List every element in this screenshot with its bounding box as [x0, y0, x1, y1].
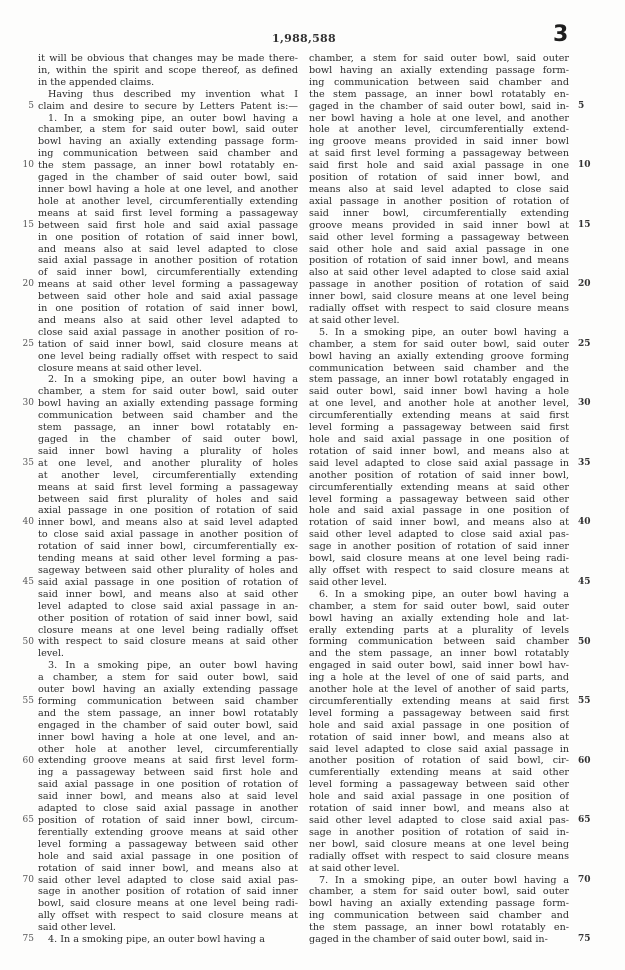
text-line: at one level, and another plurality of h… [38, 458, 298, 470]
text-line: bowl having an axially extending groove … [309, 351, 569, 363]
text-line: rotation of said inner bowl, and means a… [309, 517, 569, 529]
text-line: ing communication between said chamber a… [309, 910, 569, 922]
text-line: sage in another position of rotation of … [309, 541, 569, 553]
text-line: hole at another level, circumferentially… [309, 124, 569, 136]
line-number-marker: 5 [578, 101, 594, 113]
text-line: said level adapted to close said axial p… [309, 744, 569, 756]
line-number-marker: 35 [578, 458, 594, 470]
text-line: in, within the spirit and scope thereof,… [38, 65, 298, 77]
text-line: ner bowl having a hole at one level, and… [309, 113, 569, 125]
text-line: at another level, circumferentially exte… [38, 470, 298, 482]
text-line: at said other level. [309, 863, 569, 875]
text-line: to close said axial passage in another p… [38, 529, 298, 541]
text-line: at said other level. [309, 315, 569, 327]
text-line: said level adapted to close said axial p… [309, 458, 569, 470]
text-line: said other level forming a passageway be… [309, 232, 569, 244]
line-number-marker: 50 [20, 637, 34, 649]
line-number-marker: 40 [578, 517, 594, 529]
text-line: ally offset with respect to said closure… [309, 565, 569, 577]
text-line: said outer bowl, said inner bowl having … [309, 386, 569, 398]
line-number-marker: 75 [578, 934, 594, 946]
right-text-column: chamber, a stem for said outer bowl, sai… [309, 53, 569, 946]
text-line: bowl having an axially extending passage… [38, 398, 298, 410]
line-number-marker: 50 [578, 637, 594, 649]
text-line: inner bowl, said closure means at one le… [309, 291, 569, 303]
text-line: circumferentially extending means at sai… [309, 482, 569, 494]
text-line: ner bowl, said closure means at one leve… [309, 839, 569, 851]
text-line: inner bowl having a hole at one level, a… [38, 184, 298, 196]
text-line: hole and said axial passage in one posit… [38, 851, 298, 863]
text-line: the stem passage, an inner bowl rotatabl… [38, 160, 298, 172]
text-line: between said other hole and said axial p… [38, 291, 298, 303]
text-line: and means also at said level adapted to … [38, 244, 298, 256]
text-line: forming communication between said chamb… [38, 696, 298, 708]
text-line: level forming a passageway between said … [38, 839, 298, 851]
text-line: sage in another position of rotation of … [309, 827, 569, 839]
text-line: said other level adapted to close said a… [309, 815, 569, 827]
text-line: the stem passage, an inner bowl rotatabl… [309, 922, 569, 934]
text-line: position of rotation of said inner bowl,… [309, 172, 569, 184]
text-line: bowl, said closure means at one level be… [38, 898, 298, 910]
text-line: ing groove means provided in said inner … [309, 136, 569, 148]
text-line: said axial passage in one position of ro… [38, 779, 298, 791]
text-line: other position of rotation of said inner… [38, 613, 298, 625]
text-line: also at said other level adapted to clos… [309, 267, 569, 279]
text-line: 4. In a smoking pipe, an outer bowl havi… [38, 934, 298, 946]
text-line: rotation of said inner bowl, and means a… [309, 732, 569, 744]
line-number-marker: 75 [20, 934, 34, 946]
text-line: of said inner bowl, circumferentially ex… [38, 267, 298, 279]
text-line: another hole at the level of another of … [309, 684, 569, 696]
text-line: chamber, a stem for said outer bowl, sai… [309, 53, 569, 65]
line-number-marker: 30 [20, 398, 34, 410]
text-line: radially offset with respect to said clo… [309, 303, 569, 315]
text-line: position of rotation of said inner bowl,… [38, 815, 298, 827]
text-line: bowl having an axially extending passage… [309, 65, 569, 77]
text-line: said axial passage in another position o… [38, 255, 298, 267]
text-line: rotation of said inner bowl, and means a… [38, 863, 298, 875]
text-line: level forming a passageway between said … [309, 779, 569, 791]
text-line: said other level. [309, 577, 569, 589]
text-line: in one position of rotation of said inne… [38, 232, 298, 244]
text-line: claim and desire to secure by Letters Pa… [38, 101, 298, 113]
text-line: adapted to close said axial passage in a… [38, 803, 298, 815]
line-number-marker: 70 [578, 875, 594, 887]
text-line: radially offset with respect to said clo… [309, 851, 569, 863]
text-line: ing communication between said chamber a… [38, 148, 298, 160]
text-line: communication between said chamber and t… [38, 410, 298, 422]
text-line: ing communication between said chamber a… [309, 77, 569, 89]
text-line: Having thus described my invention what … [38, 89, 298, 101]
line-number-marker: 35 [20, 458, 34, 470]
text-line: between said first hole and said axial p… [38, 220, 298, 232]
text-line: and the stem passage, an inner bowl rota… [309, 648, 569, 660]
text-line: bowl having an axially extending passage… [309, 898, 569, 910]
text-line: gaged in the chamber of said outer bowl,… [309, 101, 569, 113]
text-line: chamber, a stem for said outer bowl, sai… [38, 386, 298, 398]
line-number-marker: 25 [20, 339, 34, 351]
text-line: closure means at said other level. [38, 363, 298, 375]
text-line: 1. In a smoking pipe, an outer bowl havi… [38, 113, 298, 125]
text-line: bowl having an axially extending hole an… [309, 613, 569, 625]
line-number-marker: 25 [578, 339, 594, 351]
text-line: hole and said axial passage in one posit… [309, 434, 569, 446]
text-line: 3. In a smoking pipe, an outer bowl havi… [38, 660, 298, 672]
text-line: chamber, a stem for said outer bowl, sai… [38, 124, 298, 136]
text-line: passage in another position of rotation … [309, 279, 569, 291]
text-line: extending groove means at said first lev… [38, 755, 298, 767]
text-line: hole at another level, circumferentially… [38, 196, 298, 208]
text-line: said other level. [38, 922, 298, 934]
text-line: hole and said axial passage in one posit… [309, 791, 569, 803]
line-number-marker: 55 [578, 696, 594, 708]
left-text-column: it will be obvious that changes may be m… [38, 53, 298, 946]
text-line: another position of rotation of said bow… [309, 755, 569, 767]
line-number-marker: 70 [20, 875, 34, 887]
text-line: bowl having an axially extending passage… [38, 136, 298, 148]
line-number-marker: 5 [20, 101, 34, 113]
text-line: rotation of said inner bowl, and means a… [309, 446, 569, 458]
text-line: level forming a passageway between said … [309, 708, 569, 720]
text-line: close said axial passage in another posi… [38, 327, 298, 339]
text-line: it will be obvious that changes may be m… [38, 53, 298, 65]
text-line: sage in another position of rotation of … [38, 886, 298, 898]
text-line: chamber, a stem for said outer bowl, sai… [309, 601, 569, 613]
text-line: hole and said axial passage in one posit… [309, 720, 569, 732]
text-line: 6. In a smoking pipe, an outer bowl havi… [309, 589, 569, 601]
line-number-marker: 40 [20, 517, 34, 529]
line-number-marker: 60 [578, 756, 594, 768]
text-line: stem passage, an inner bowl rotatably en… [38, 422, 298, 434]
text-line: ferentially extending groove means at sa… [38, 827, 298, 839]
text-line: means also at said level adapted to clos… [309, 184, 569, 196]
text-line: rotation of said inner bowl, and means a… [309, 803, 569, 815]
text-line: ally offset with respect to said closure… [38, 910, 298, 922]
text-line: with respect to said closure means at sa… [38, 636, 298, 648]
text-line: ing a hole at the level of one of said p… [309, 672, 569, 684]
text-line: said inner bowl having a plurality of ho… [38, 446, 298, 458]
text-line: tending means at said other level formin… [38, 553, 298, 565]
patent-page: 1,988,588 3 it will be obvious that chan… [0, 0, 625, 970]
text-line: other hole at another level, circumferen… [38, 744, 298, 756]
text-line: axial passage in another position of rot… [309, 196, 569, 208]
patent-number-header: 1,988,588 [254, 32, 354, 45]
text-line: gaged in the chamber of said outer bowl,… [309, 934, 569, 946]
line-number-marker: 30 [578, 398, 594, 410]
text-line: closure means at one level being radiall… [38, 625, 298, 637]
line-number-marker: 45 [20, 577, 34, 589]
text-line: position of rotation of said inner bowl,… [309, 255, 569, 267]
text-line: ing a passageway between said first hole… [38, 767, 298, 779]
text-line: cumferentially extending means at said o… [309, 767, 569, 779]
line-number-marker: 45 [578, 577, 594, 589]
line-number-marker: 10 [20, 160, 34, 172]
text-line: communication between said chamber and t… [309, 363, 569, 375]
text-line: sageway between said other plurality of … [38, 565, 298, 577]
text-line: said inner bowl, and means also at said … [38, 589, 298, 601]
text-line: level forming a passageway between said … [309, 422, 569, 434]
text-line: said other level adapted to close said a… [38, 875, 298, 887]
text-line: gaged in the chamber of said outer bowl,… [38, 172, 298, 184]
text-line: at said first level forming a passageway… [309, 148, 569, 160]
text-line: in one position of rotation of said inne… [38, 303, 298, 315]
line-number-marker: 65 [578, 815, 594, 827]
text-line: axial passage in one position of rotatio… [38, 505, 298, 517]
text-line: at one level, and another hole at anothe… [309, 398, 569, 410]
text-line: circumferentially extending means at sai… [309, 410, 569, 422]
text-line: between said first plurality of holes an… [38, 494, 298, 506]
text-line: gaged in the chamber of said outer bowl, [38, 434, 298, 446]
text-line: chamber, a stem for said outer bowl, sai… [309, 339, 569, 351]
text-line: groove means provided in said inner bowl… [309, 220, 569, 232]
text-line: inner bowl, and means also at said level… [38, 517, 298, 529]
text-line: means at said other level forming a pass… [38, 279, 298, 291]
text-line: said axial passage in one position of ro… [38, 577, 298, 589]
text-line: inner bowl having a hole at one level, a… [38, 732, 298, 744]
text-line: said inner bowl, and means also at said … [38, 791, 298, 803]
text-line: in the appended claims. [38, 77, 298, 89]
text-line: 5. In a smoking pipe, an outer bowl havi… [309, 327, 569, 339]
text-line: circumferentially extending means at sai… [309, 696, 569, 708]
line-number-marker: 65 [20, 815, 34, 827]
text-line: rotation of said inner bowl, circumferen… [38, 541, 298, 553]
text-line: chamber, a stem for said outer bowl, sai… [309, 886, 569, 898]
text-line: and means also at said other level adapt… [38, 315, 298, 327]
text-line: bowl, said closure means at one level be… [309, 553, 569, 565]
line-number-marker: 10 [578, 160, 594, 172]
text-line: said first hole and said axial passage i… [309, 160, 569, 172]
text-line: and the stem passage, an inner bowl rota… [38, 708, 298, 720]
text-line: 7. In a smoking pipe, an outer bowl havi… [309, 875, 569, 887]
text-line: means at said first level forming a pass… [38, 482, 298, 494]
line-number-marker: 55 [20, 696, 34, 708]
text-line: hole and said axial passage in one posit… [309, 505, 569, 517]
text-line: level adapted to close said axial passag… [38, 601, 298, 613]
text-line: forming communication between said chamb… [309, 636, 569, 648]
text-line: said other hole and said axial passage i… [309, 244, 569, 256]
text-line: engaged in the chamber of said outer bow… [38, 720, 298, 732]
text-line: level forming a passageway between said … [309, 494, 569, 506]
line-number-marker: 20 [20, 279, 34, 291]
text-line: stem passage, an inner bowl rotatably en… [309, 374, 569, 386]
text-line: means at said first level forming a pass… [38, 208, 298, 220]
text-line: one level being radially offset with res… [38, 351, 298, 363]
text-line: outer bowl having an axially extending p… [38, 684, 298, 696]
text-line: tation of said inner bowl, said closure … [38, 339, 298, 351]
text-line: engaged in said outer bowl, said inner b… [309, 660, 569, 672]
line-number-marker: 60 [20, 756, 34, 768]
text-line: erally extending parts at a plurality of… [309, 625, 569, 637]
text-line: said inner bowl, circumferentially exten… [309, 208, 569, 220]
line-number-marker: 20 [578, 279, 594, 291]
text-line: level. [38, 648, 298, 660]
text-line: a chamber, a stem for said outer bowl, s… [38, 672, 298, 684]
text-line: said other level adapted to close said a… [309, 529, 569, 541]
line-number-marker: 15 [20, 220, 34, 232]
text-line: another position of rotation of said inn… [309, 470, 569, 482]
text-line: 2. In a smoking pipe, an outer bowl havi… [38, 374, 298, 386]
line-number-marker: 15 [578, 220, 594, 232]
page-number: 3 [553, 22, 568, 47]
text-line: the stem passage, an inner bowl rotatabl… [309, 89, 569, 101]
